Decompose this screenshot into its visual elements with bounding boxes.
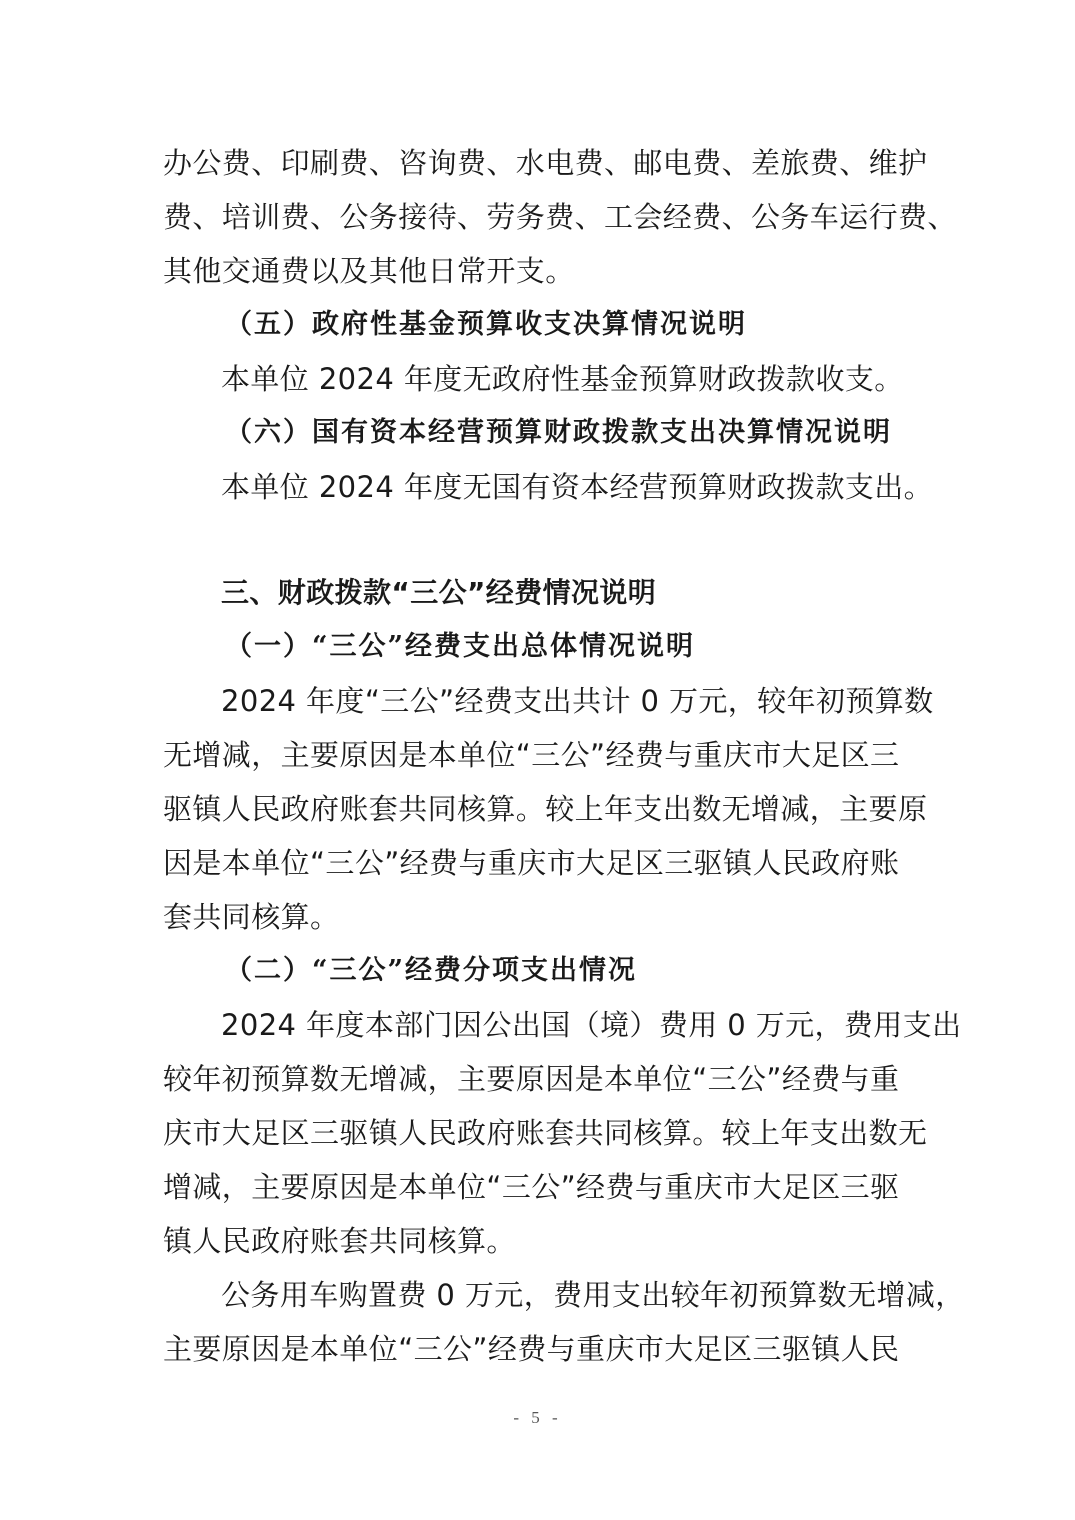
body-text-line: 庆市大足区三驱镇人民政府账套共同核算。较上年支出数无: [163, 1115, 927, 1151]
body-text-line: 套共同核算。: [163, 899, 339, 935]
section-heading-5: （五）政府性基金预算收支决算情况说明: [225, 307, 747, 343]
document-page: 办公费、印刷费、咨询费、水电费、邮电费、差旅费、维护 费、培训费、公务接待、劳务…: [0, 0, 1075, 1520]
chapter-heading-3: 三、财政拨款“三公”经费情况说明: [221, 575, 656, 611]
body-text-line: 因是本单位“三公”经费与重庆市大足区三驱镇人民政府账: [163, 845, 899, 881]
subsection-heading-2: （二）“三公”经费分项支出情况: [225, 953, 637, 989]
body-text-line: 其他交通费以及其他日常开支。: [163, 253, 575, 289]
section-heading-6: （六）国有资本经营预算财政拨款支出决算情况说明: [225, 415, 892, 451]
body-text-line: 办公费、印刷费、咨询费、水电费、邮电费、差旅费、维护: [163, 145, 927, 181]
body-text-line: 镇人民政府账套共同核算。: [163, 1223, 516, 1259]
body-text-line: 2024 年度“三公”经费支出共计 0 万元，较年初预算数: [221, 683, 934, 719]
section-body-6: 本单位 2024 年度无国有资本经营预算财政拨款支出。: [221, 469, 933, 505]
body-text-line: 驱镇人民政府账套共同核算。较上年支出数无增减，主要原: [163, 791, 927, 827]
body-text-line: 主要原因是本单位“三公”经费与重庆市大足区三驱镇人民: [163, 1331, 899, 1367]
body-text-line: 无增减，主要原因是本单位“三公”经费与重庆市大足区三: [163, 737, 899, 773]
body-text-line: 较年初预算数无增减，主要原因是本单位“三公”经费与重: [163, 1061, 899, 1097]
subsection-heading-1: （一）“三公”经费支出总体情况说明: [225, 629, 695, 665]
body-text-line: 增减，主要原因是本单位“三公”经费与重庆市大足区三驱: [163, 1169, 899, 1205]
section-body-5: 本单位 2024 年度无政府性基金预算财政拨款收支。: [221, 361, 904, 397]
body-text-line: 费、培训费、公务接待、劳务费、工会经费、公务车运行费、: [163, 199, 957, 235]
page-number: - 5 -: [0, 1408, 1075, 1428]
body-text-line: 2024 年度本部门因公出国（境）费用 0 万元，费用支出: [221, 1007, 962, 1043]
body-text-line: 公务用车购置费 0 万元，费用支出较年初预算数无增减，: [221, 1277, 965, 1313]
